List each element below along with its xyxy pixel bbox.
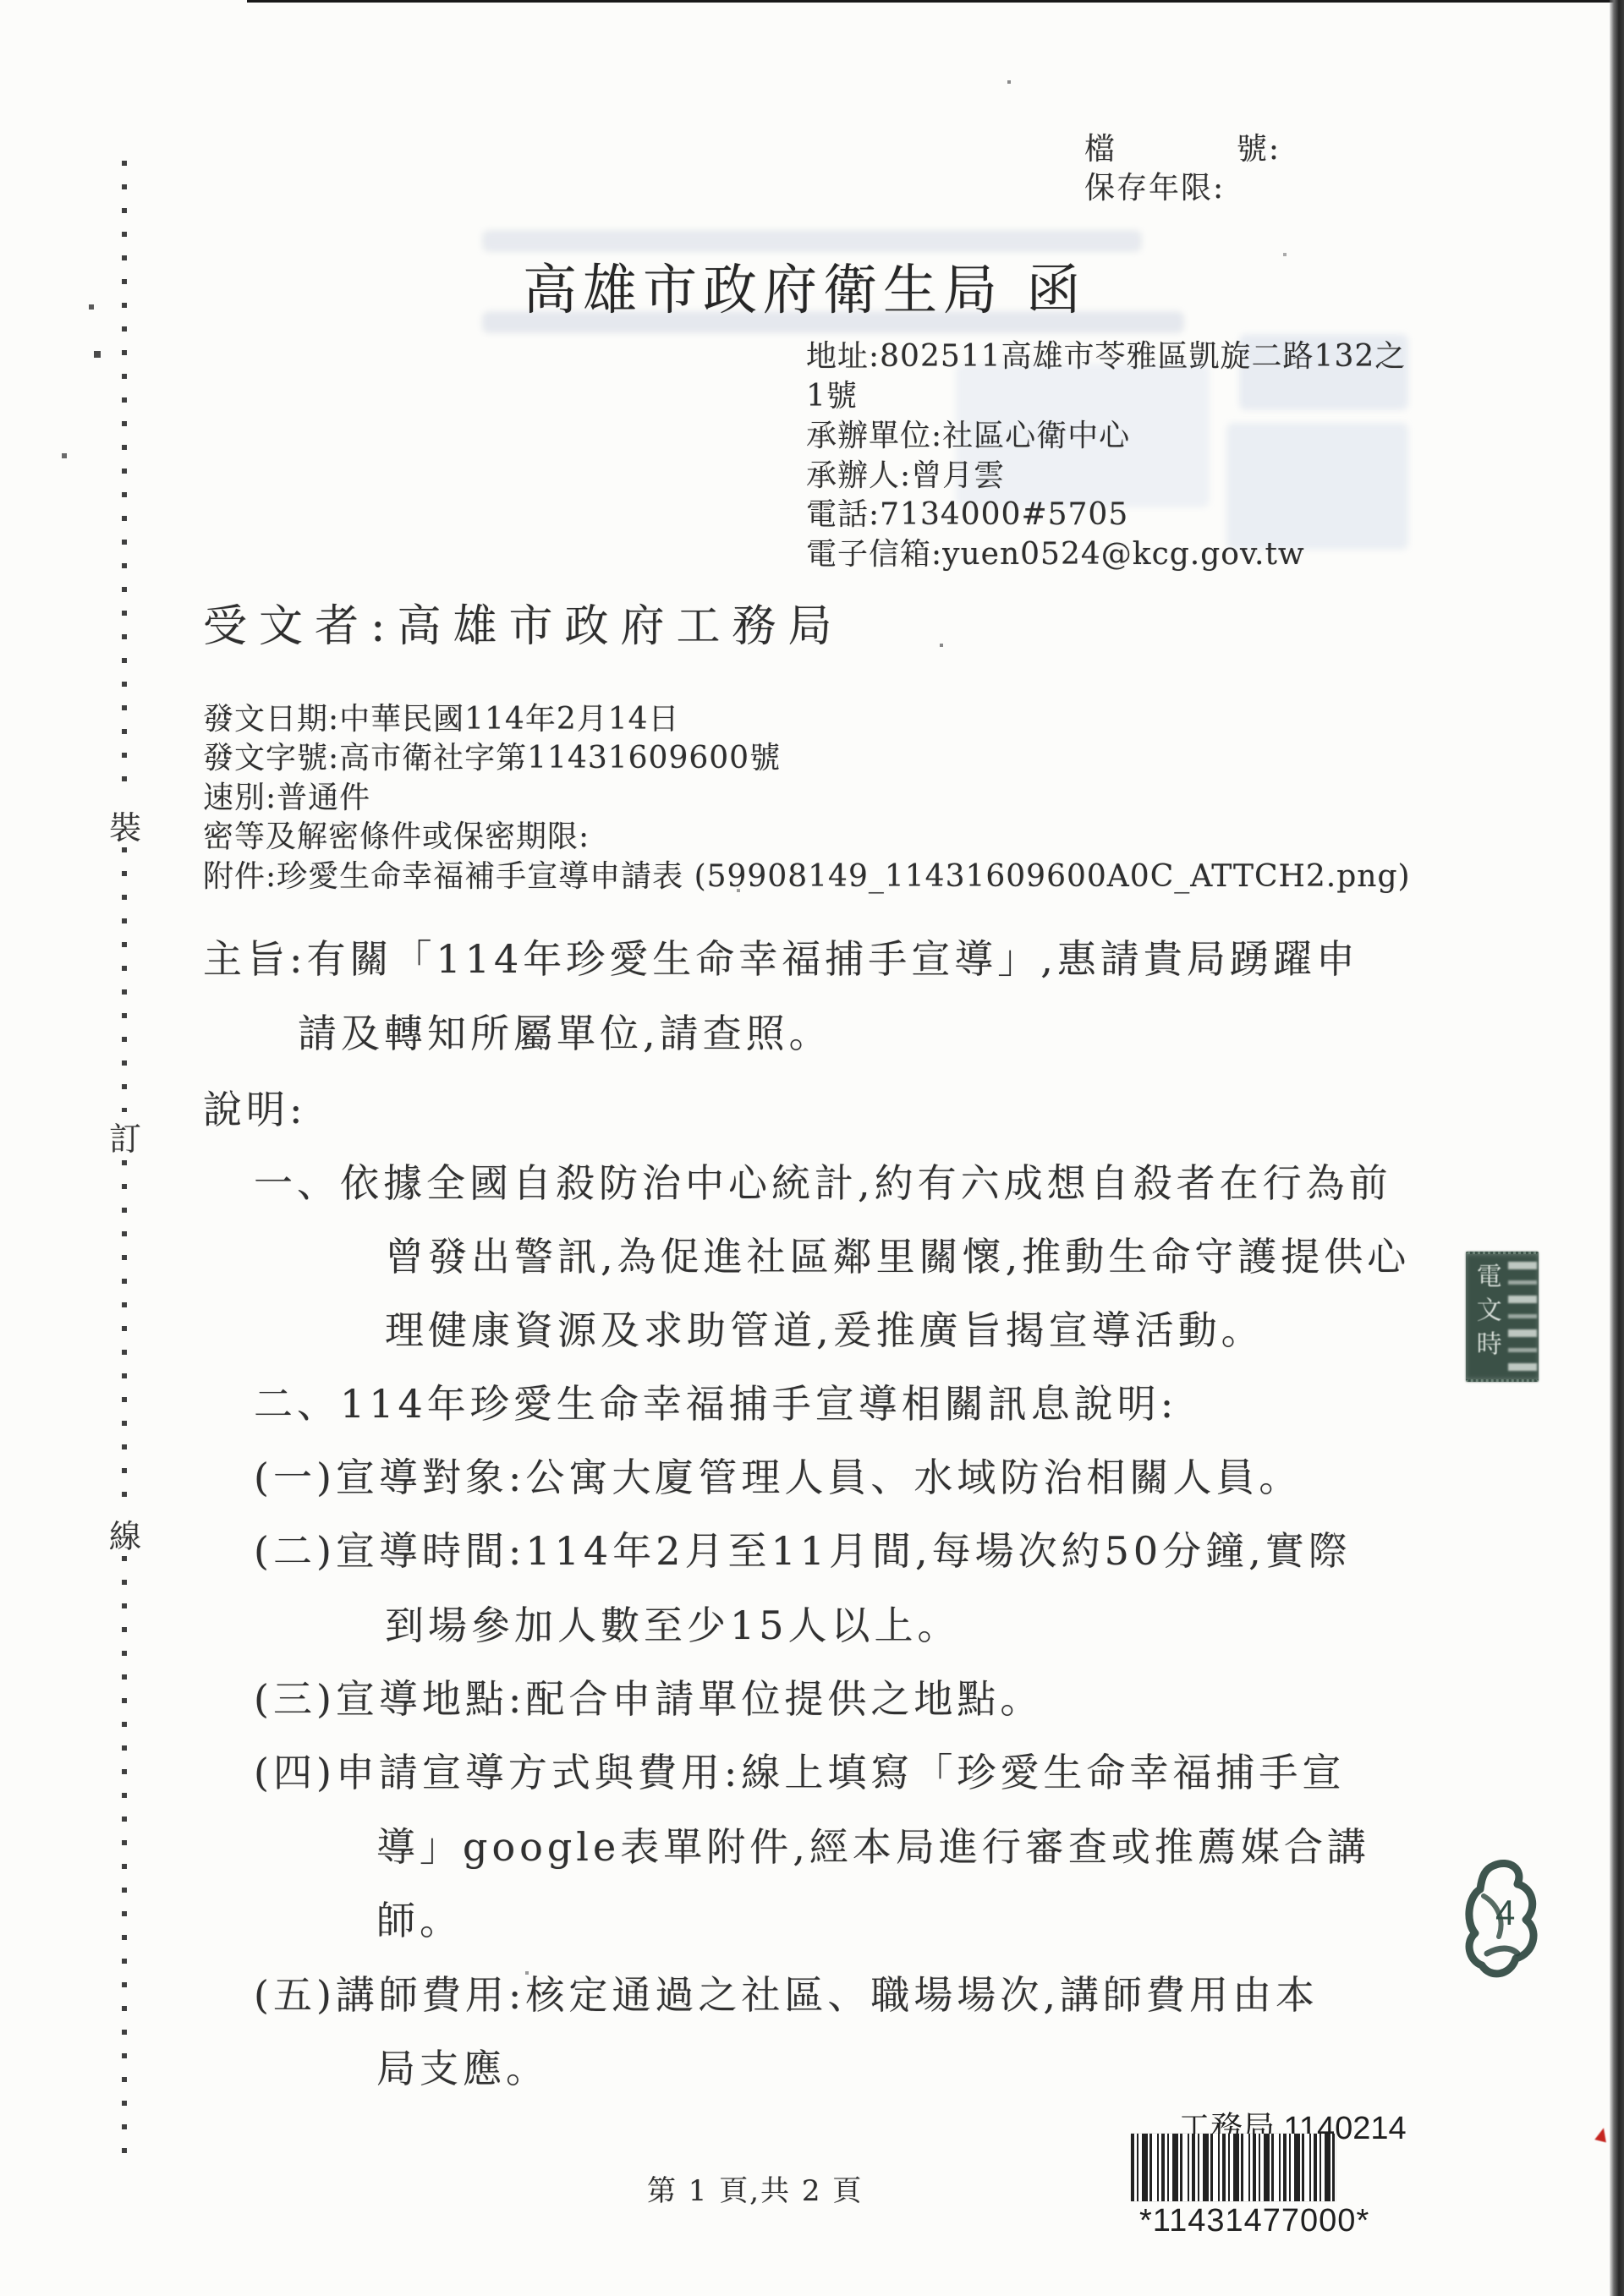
subitem-3: (三)宣導地點:配合申請單位提供之地點。: [254, 1669, 1043, 1724]
scan-specks: [0, 0, 2, 2]
document-title: 高雄市政府衛生局 函: [523, 247, 1086, 325]
explanation-label: 說明:: [203, 1079, 307, 1135]
file-number-label: 檔: [1084, 125, 1116, 168]
subitem-1: (一)宣導對象:公寓大廈管理人員、水域防治相關人員。: [254, 1447, 1302, 1503]
recipient-line: 受文者:高雄市政府工務局: [203, 590, 844, 654]
scan-top-edge-line: [247, 0, 1624, 3]
subitem-4-line-1: (四)申請宣導方式與費用:線上填寫「珍愛生命幸福捕手宣: [254, 1742, 1345, 1798]
sender-contact-person: 承辦人:曾月雲: [806, 452, 1005, 495]
subitem-5-line-1: (五)講師費用:核定通過之社區、職場場次,講師費用由本: [254, 1964, 1319, 2020]
ink-stamp-mark: 4: [1462, 1859, 1546, 1994]
subitem-2-line-1: (二)宣導時間:114年2月至11月間,每場次約50分鐘,實際: [254, 1521, 1352, 1576]
stamp-text: 電文時: [1470, 1263, 1502, 1371]
binding-dotted-line: [122, 161, 127, 799]
subitem-4-line-3: 師。: [376, 1890, 463, 1946]
retention-period-label: 保存年限:: [1084, 164, 1225, 207]
binding-mark-xian: 線: [109, 1510, 141, 1557]
binding-mark-ding: 訂: [109, 1113, 141, 1159]
binding-dotted-line: [122, 847, 127, 1112]
page-indicator: 第 1 頁,共 2 頁: [647, 2167, 863, 2209]
attachment-line: 附件:珍愛生命幸福補手宣導申請表 (59908149_11431609600A0…: [203, 852, 1411, 896]
subitem-5-line-2: 局支應。: [376, 2038, 549, 2094]
subject-line-2: 請及轉知所屬單位,請查照。: [298, 1003, 832, 1059]
security-classification: 密等及解密條件或保密期限:: [203, 813, 590, 856]
stamp-noise-column: [1508, 1262, 1537, 1372]
binding-mark-zhuang: 裝: [109, 802, 141, 848]
barcode: [1131, 2134, 1336, 2201]
binding-dotted-line: [122, 1160, 127, 1510]
delivery-speed: 速別:普通件: [203, 774, 370, 817]
subitem-4-line-2: 導」google表單附件,經本局進行審查或推薦媒合講: [376, 1817, 1370, 1872]
subitem-2-line-2: 到場參加人數至少15人以上。: [385, 1595, 961, 1651]
electronic-exchange-stamp: 電文時: [1466, 1252, 1539, 1382]
item-2-heading: 二、114年珍愛生命幸福捕手宣導相關訊息說明:: [254, 1373, 1177, 1429]
item-1-line-3: 理健康資源及求助管道,爰推廣旨揭宣導活動。: [385, 1300, 1265, 1356]
scan-right-edge-shadow: [1610, 0, 1624, 2296]
item-1-line-1: 一、依據全國自殺防治中心統計,約有六成想自殺者在行為前: [254, 1153, 1392, 1208]
item-1-line-2: 曾發出警訊,為促進社區鄰里關懷,推動生命守護提供心: [385, 1226, 1410, 1282]
sender-address-line-2: 1號: [806, 372, 858, 415]
file-number-row: 檔 號:: [1084, 125, 1281, 168]
sender-phone: 電話:7134000#5705: [806, 490, 1128, 534]
stamp-digit: 4: [1495, 1893, 1515, 1932]
subject-line-1: 主旨:有關「114年珍愛生命幸福捕手宣導」,惠請貴局踴躍申: [203, 929, 1359, 984]
red-pen-mark: [1594, 2127, 1609, 2143]
sender-email: 電子信箱:yuen0524@kcg.gov.tw: [806, 530, 1305, 573]
file-number-colon: 號:: [1237, 125, 1281, 168]
binding-dotted-line: [122, 1556, 127, 2167]
scanned-official-letter-page: 檔 號: 保存年限: 高雄市政府衛生局 函 地址:802511高雄市苓雅區凱旋二…: [0, 0, 1624, 2296]
sender-address-line-1: 地址:802511高雄市苓雅區凱旋二路132之: [806, 332, 1406, 375]
barcode-value: *11431477000*: [1139, 2203, 1369, 2239]
sender-unit: 承辦單位:社區心衛中心: [806, 412, 1130, 455]
document-number: 發文字號:高市衛社字第11431609600號: [203, 734, 781, 777]
issue-date: 發文日期:中華民國114年2月14日: [203, 695, 680, 738]
